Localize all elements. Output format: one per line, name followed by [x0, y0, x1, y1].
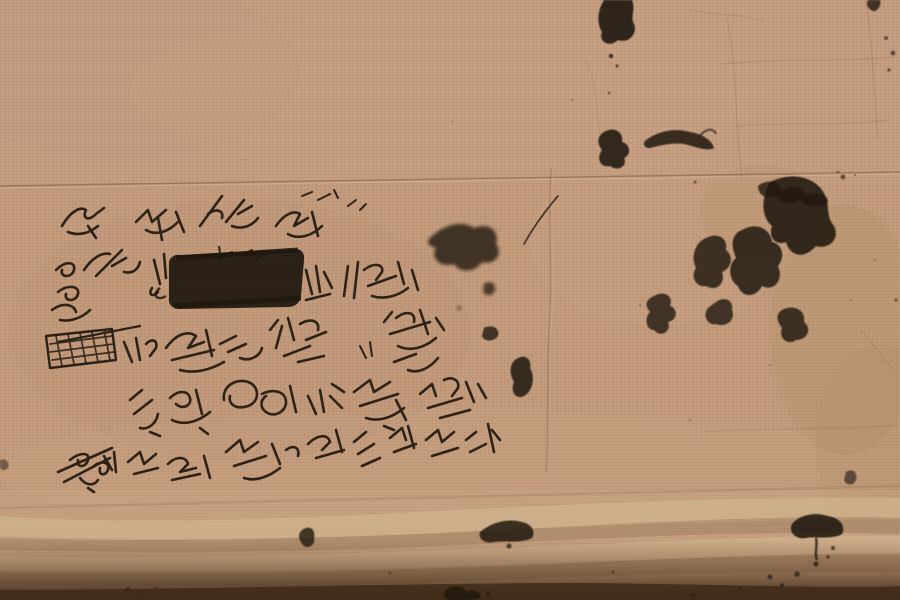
- ink-drip: [816, 538, 817, 560]
- ink-dot: [794, 571, 800, 577]
- ink-dot: [616, 65, 619, 68]
- ink-dot: [780, 583, 784, 587]
- ink-dot: [894, 298, 898, 302]
- ink-dot: [155, 587, 157, 589]
- ink-dot: [887, 68, 890, 71]
- ink-dot: [841, 175, 846, 180]
- ink-dot: [612, 571, 615, 574]
- ink-dot: [483, 282, 495, 295]
- ink-dot: [814, 562, 819, 567]
- freckle: [639, 304, 642, 307]
- red-fleck: [836, 170, 839, 173]
- bottom-fold-zone: [0, 486, 900, 600]
- ink-dot: [691, 593, 695, 597]
- freckle: [850, 299, 852, 301]
- freckle: [769, 364, 771, 366]
- manuscript-scene: [0, 0, 900, 600]
- ink-dot: [884, 36, 888, 40]
- manuscript-photo: [0, 0, 900, 600]
- freckle: [571, 99, 574, 102]
- freckle: [244, 159, 246, 161]
- ink-dot: [768, 575, 773, 580]
- freckle: [554, 197, 556, 199]
- red-fleck: [854, 174, 856, 176]
- freckle: [611, 57, 613, 59]
- ink-dot: [891, 51, 896, 56]
- redaction-blot: [156, 246, 304, 309]
- ink-dot: [739, 588, 742, 591]
- ink-dot: [457, 306, 461, 310]
- ink-dot: [486, 592, 490, 596]
- ink-dot: [693, 180, 696, 183]
- freckle: [689, 419, 691, 421]
- ink-dot: [389, 572, 392, 575]
- ink-dot: [126, 587, 130, 591]
- freckle: [874, 259, 876, 261]
- freckle: [451, 121, 453, 123]
- ink-dot: [140, 591, 143, 594]
- ink-blob: [598, 0, 635, 44]
- ink-dot: [831, 546, 835, 550]
- ink-dot: [506, 543, 511, 548]
- ink-dot: [826, 555, 829, 558]
- ink-dot: [608, 92, 610, 94]
